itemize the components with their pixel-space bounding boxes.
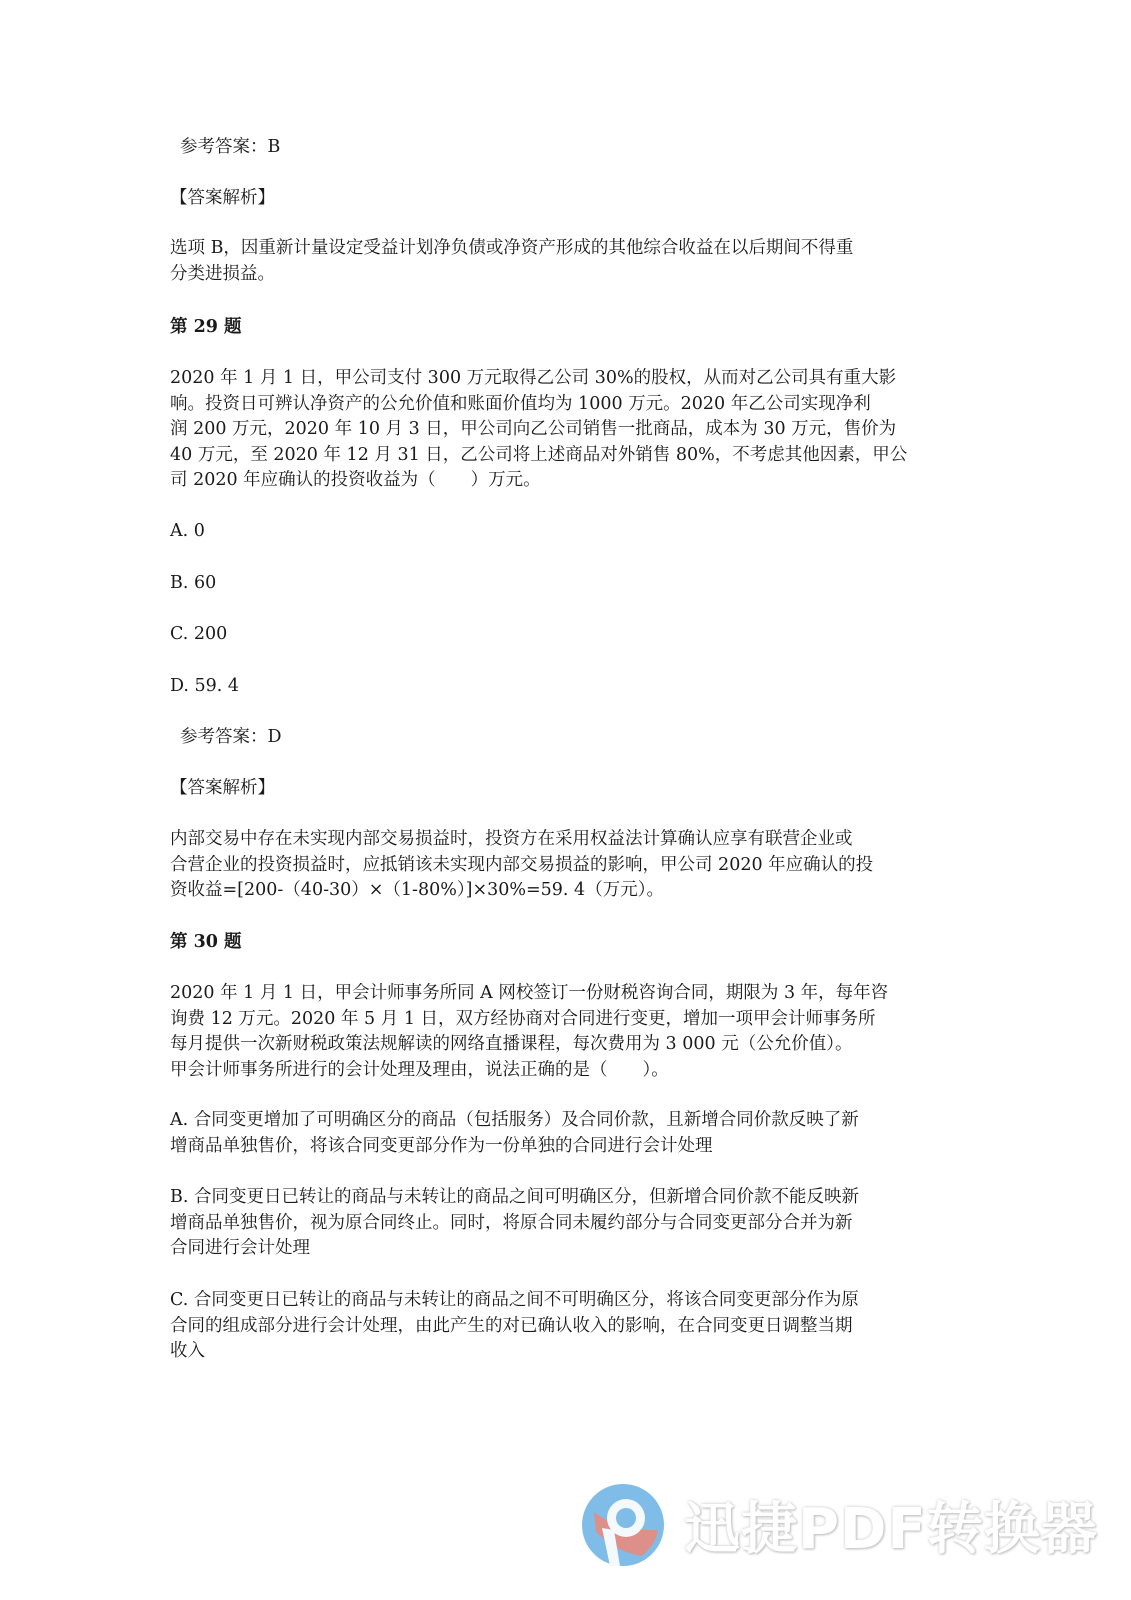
text-line: 分类进损益。 (170, 262, 960, 288)
q30-stem: 2020 年 1 月 1 日，甲会计师事务所同 A 网校签订一份财税咨询合同，期… (170, 981, 960, 1083)
text-line: 资收益=[200-（40-30）×（1-80%）]×30%=59. 4（万元）。 (170, 878, 960, 904)
q29-option-c: C. 200 (170, 621, 950, 647)
watermark-text: 迅捷PDF转换器 (684, 1485, 1098, 1565)
text-line: B. 合同变更日已转让的商品与未转让的商品之间可明确区分，但新增合同价款不能反映… (170, 1185, 960, 1211)
q29-option-b: B. 60 (170, 570, 950, 596)
text-line: 2020 年 1 月 1 日，甲会计师事务所同 A 网校签订一份财税咨询合同，期… (170, 981, 960, 1007)
text-line: 增商品单独售价，视为原合同终止。同时，将原合同未履约部分与合同变更部分合并为新 (170, 1211, 960, 1237)
q30-title: 第 30 题 (170, 929, 950, 955)
text-line: 2020 年 1 月 1 日，甲公司支付 300 万元取得乙公司 30%的股权，… (170, 366, 960, 392)
q28-analysis-text: 选项 B，因重新计量设定受益计划净负债或净资产形成的其他综合收益在以后期间不得重… (170, 236, 960, 287)
text-line: 响。投资日可辨认净资产的公允价值和账面价值均为 1000 万元。2020 年乙公… (170, 392, 960, 418)
q28-reference-answer: 参考答案：B (180, 134, 960, 160)
text-line: 询费 12 万元。2020 年 5 月 1 日，双方经协商对合同进行变更，增加一… (170, 1007, 960, 1033)
q28-analysis-header: 【答案解析】 (170, 185, 950, 211)
text-line: 合同进行会计处理 (170, 1236, 960, 1262)
xunjie-pdf-logo-icon (580, 1482, 666, 1568)
text-line: 40 万元，至 2020 年 12 月 31 日，乙公司将上述商品对外销售 80… (170, 443, 960, 469)
text-line: 润 200 万元，2020 年 10 月 3 日，甲公司向乙公司销售一批商品，成… (170, 417, 960, 443)
text-line: A. 合同变更增加了可明确区分的商品（包括服务）及合同价款，且新增合同价款反映了… (170, 1108, 960, 1134)
text-line: 增商品单独售价，将该合同变更部分作为一份单独的合同进行会计处理 (170, 1134, 960, 1160)
q29-stem: 2020 年 1 月 1 日，甲公司支付 300 万元取得乙公司 30%的股权，… (170, 366, 960, 494)
text-line: 选项 B，因重新计量设定受益计划净负债或净资产形成的其他综合收益在以后期间不得重 (170, 236, 960, 262)
watermark: 迅捷PDF转换器 (580, 1490, 1100, 1560)
q30-option-c: C. 合同变更日已转让的商品与未转让的商品之间不可明确区分，将该合同变更部分作为… (170, 1288, 960, 1365)
text-line: 合同的组成部分进行会计处理，由此产生的对已确认收入的影响，在合同变更日调整当期 (170, 1314, 960, 1340)
text-line: 甲会计师事务所进行的会计处理及理由，说法正确的是（ ）。 (170, 1058, 960, 1084)
q29-reference-answer: 参考答案：D (180, 724, 960, 750)
text-line: 司 2020 年应确认的投资收益为（ ）万元。 (170, 468, 960, 494)
q29-option-d: D. 59. 4 (170, 673, 950, 699)
document-page: 参考答案：B 【答案解析】 选项 B，因重新计量设定受益计划净负债或净资产形成的… (0, 0, 1131, 1600)
q29-option-a: A. 0 (170, 518, 950, 544)
text-line: C. 合同变更日已转让的商品与未转让的商品之间不可明确区分，将该合同变更部分作为… (170, 1288, 960, 1314)
q29-title: 第 29 题 (170, 314, 950, 340)
q29-analysis-header: 【答案解析】 (170, 775, 950, 801)
text-line: 合营企业的投资损益时，应抵销该未实现内部交易损益的影响，甲公司 2020 年应确… (170, 853, 960, 879)
text-line: 内部交易中存在未实现内部交易损益时，投资方在采用权益法计算确认应享有联营企业或 (170, 827, 960, 853)
text-line: 每月提供一次新财税政策法规解读的网络直播课程，每次费用为 3 000 元（公允价… (170, 1032, 960, 1058)
q30-option-a: A. 合同变更增加了可明确区分的商品（包括服务）及合同价款，且新增合同价款反映了… (170, 1108, 960, 1159)
q29-analysis-text: 内部交易中存在未实现内部交易损益时，投资方在采用权益法计算确认应享有联营企业或 … (170, 827, 960, 904)
q30-option-b: B. 合同变更日已转让的商品与未转让的商品之间可明确区分，但新增合同价款不能反映… (170, 1185, 960, 1262)
text-line: 收入 (170, 1339, 960, 1365)
